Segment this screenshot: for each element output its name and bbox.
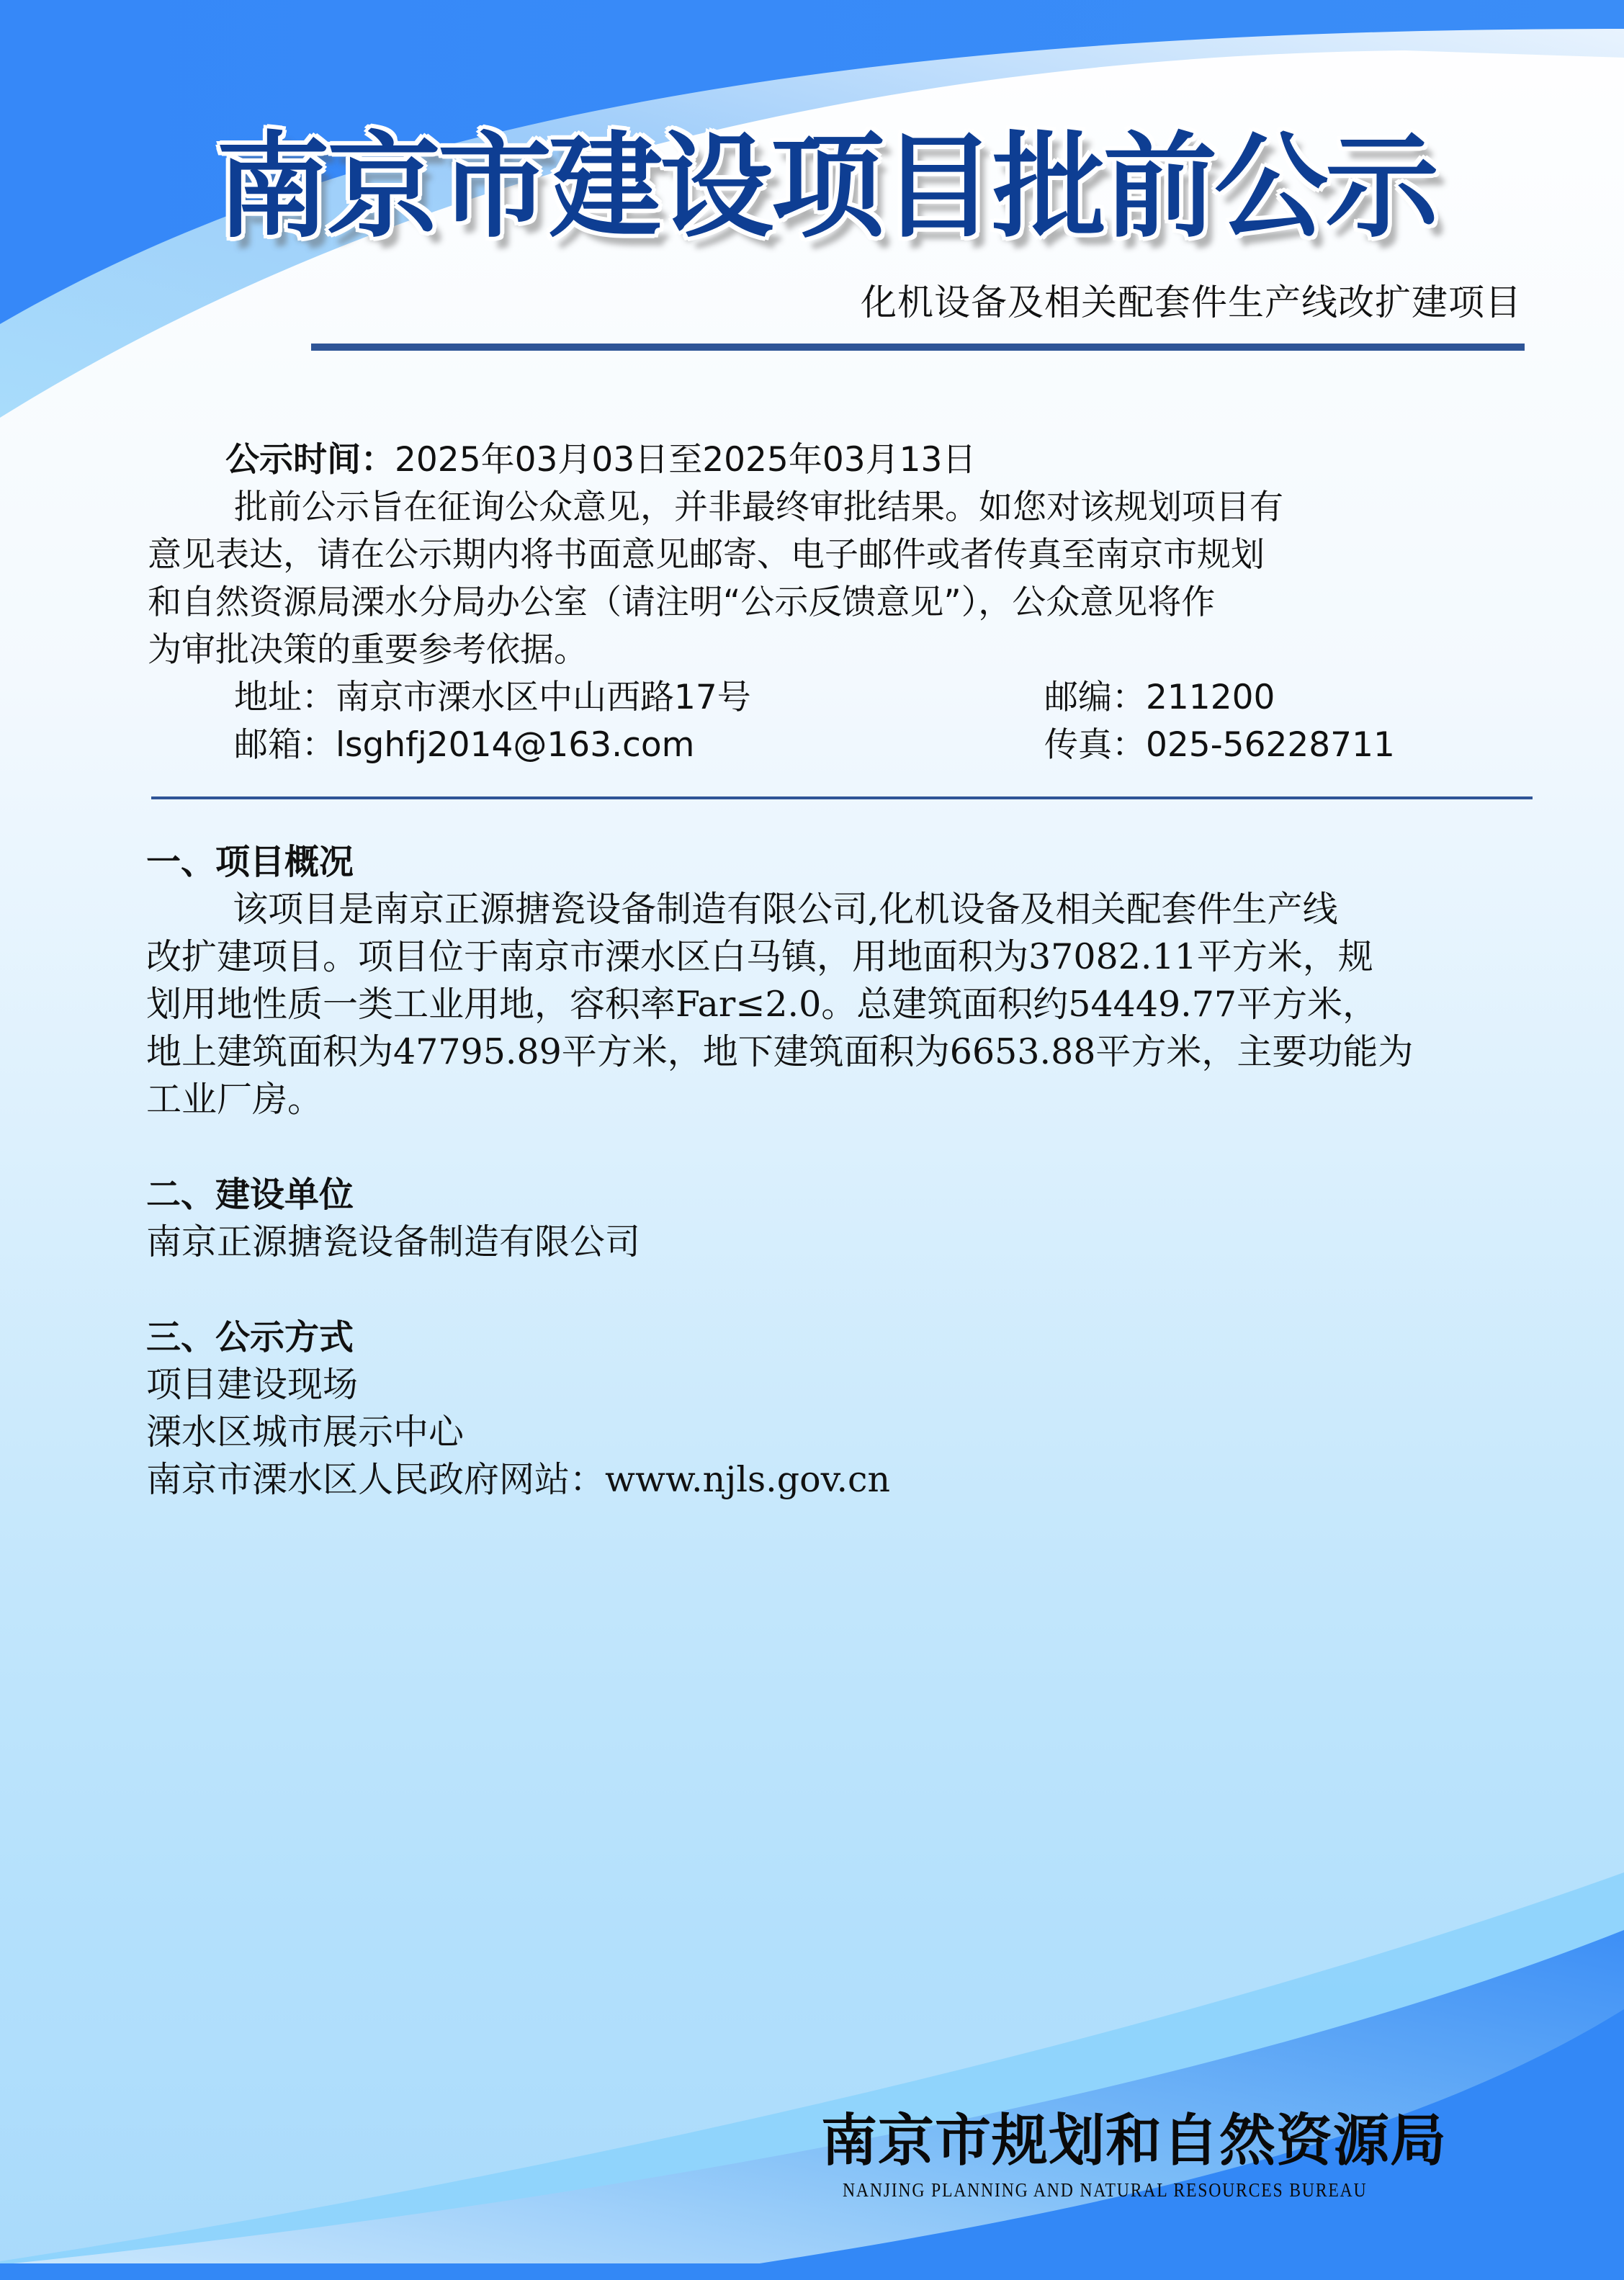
contact-row-1: 地址：南京市溧水区中山西路17号 邮编：211200 — [148, 674, 1502, 722]
notice-paragraph-line: 和自然资源局溧水分局办公室（请注明“公示反馈意见”），公众意见将作 — [148, 579, 1502, 627]
section-divider — [151, 796, 1533, 799]
footer-org-name: 南京市规划和自然资源局 — [821, 2106, 1447, 2176]
notice-period-value: 2025年03月03日至2025年03月13日 — [395, 440, 976, 480]
title-divider — [311, 344, 1525, 351]
postcode-label: 邮编： — [1044, 678, 1146, 717]
email-value: lsghfj2014@163.com — [336, 725, 694, 765]
section-line: 项目建设现场 — [146, 1361, 1515, 1409]
notice-paragraph-line: 批前公示旨在征询公众意见，并非最终审批结果。如您对该规划项目有 — [148, 484, 1502, 531]
section-heading-publicity: 三、公示方式 — [146, 1314, 1515, 1361]
section-line: 溧水区城市展示中心 — [146, 1409, 1515, 1456]
notice-paragraph-line: 为审批决策的重要参考依据。 — [148, 627, 1502, 674]
sections: 一、项目概况 该项目是南京正源搪瓷设备制造有限公司,化机设备及相关配套件生产线 … — [146, 838, 1515, 1504]
email-label: 邮箱： — [234, 725, 336, 765]
page-title: 南京市建设项目批前公示 — [216, 119, 1440, 256]
section-line: 划用地性质一类工业用地，容积率Far≤2.0。总建筑面积约54449.77平方米… — [146, 981, 1515, 1028]
email: 邮箱：lsghfj2014@163.com — [234, 722, 694, 769]
postcode: 邮编：211200 — [1044, 674, 1275, 722]
section-heading-developer: 二、建设单位 — [146, 1171, 1515, 1218]
notice-paragraph-line: 意见表达，请在公示期内将书面意见邮寄、电子邮件或者传真至南京市规划 — [148, 531, 1502, 579]
fax-label: 传真： — [1044, 725, 1146, 765]
section-line: 工业厂房。 — [146, 1076, 1515, 1123]
notice-period: 公示时间：2025年03月03日至2025年03月13日 — [148, 436, 1502, 484]
notice-period-label: 公示时间： — [225, 440, 395, 480]
postcode-value: 211200 — [1146, 678, 1275, 717]
fax: 传真：025-56228711 — [1044, 722, 1395, 769]
section-heading-overview: 一、项目概况 — [146, 838, 1515, 886]
footer-org-name-en: NANJING PLANNING AND NATURAL RESOURCES B… — [843, 2178, 1367, 2202]
notice-block: 公示时间：2025年03月03日至2025年03月13日 批前公示旨在征询公众意… — [148, 436, 1502, 769]
fax-value: 025-56228711 — [1146, 725, 1395, 765]
address-value: 南京市溧水区中山西路17号 — [336, 678, 751, 717]
section-line: 南京正源搪瓷设备制造有限公司 — [146, 1218, 1515, 1266]
section-line: 该项目是南京正源搪瓷设备制造有限公司,化机设备及相关配套件生产线 — [146, 886, 1515, 933]
address: 地址：南京市溧水区中山西路17号 — [234, 674, 751, 722]
project-subtitle: 化机设备及相关配套件生产线改扩建项目 — [861, 277, 1522, 328]
section-line: 改扩建项目。项目位于南京市溧水区白马镇，用地面积为37082.11平方米，规 — [146, 933, 1515, 981]
section-line: 南京市溧水区人民政府网站：www.njls.gov.cn — [146, 1456, 1515, 1504]
contact-row-2: 邮箱：lsghfj2014@163.com 传真：025-56228711 — [148, 722, 1502, 769]
address-label: 地址： — [234, 678, 336, 717]
section-line: 地上建筑面积为47795.89平方米，地下建筑面积为6653.88平方米，主要功… — [146, 1028, 1515, 1076]
